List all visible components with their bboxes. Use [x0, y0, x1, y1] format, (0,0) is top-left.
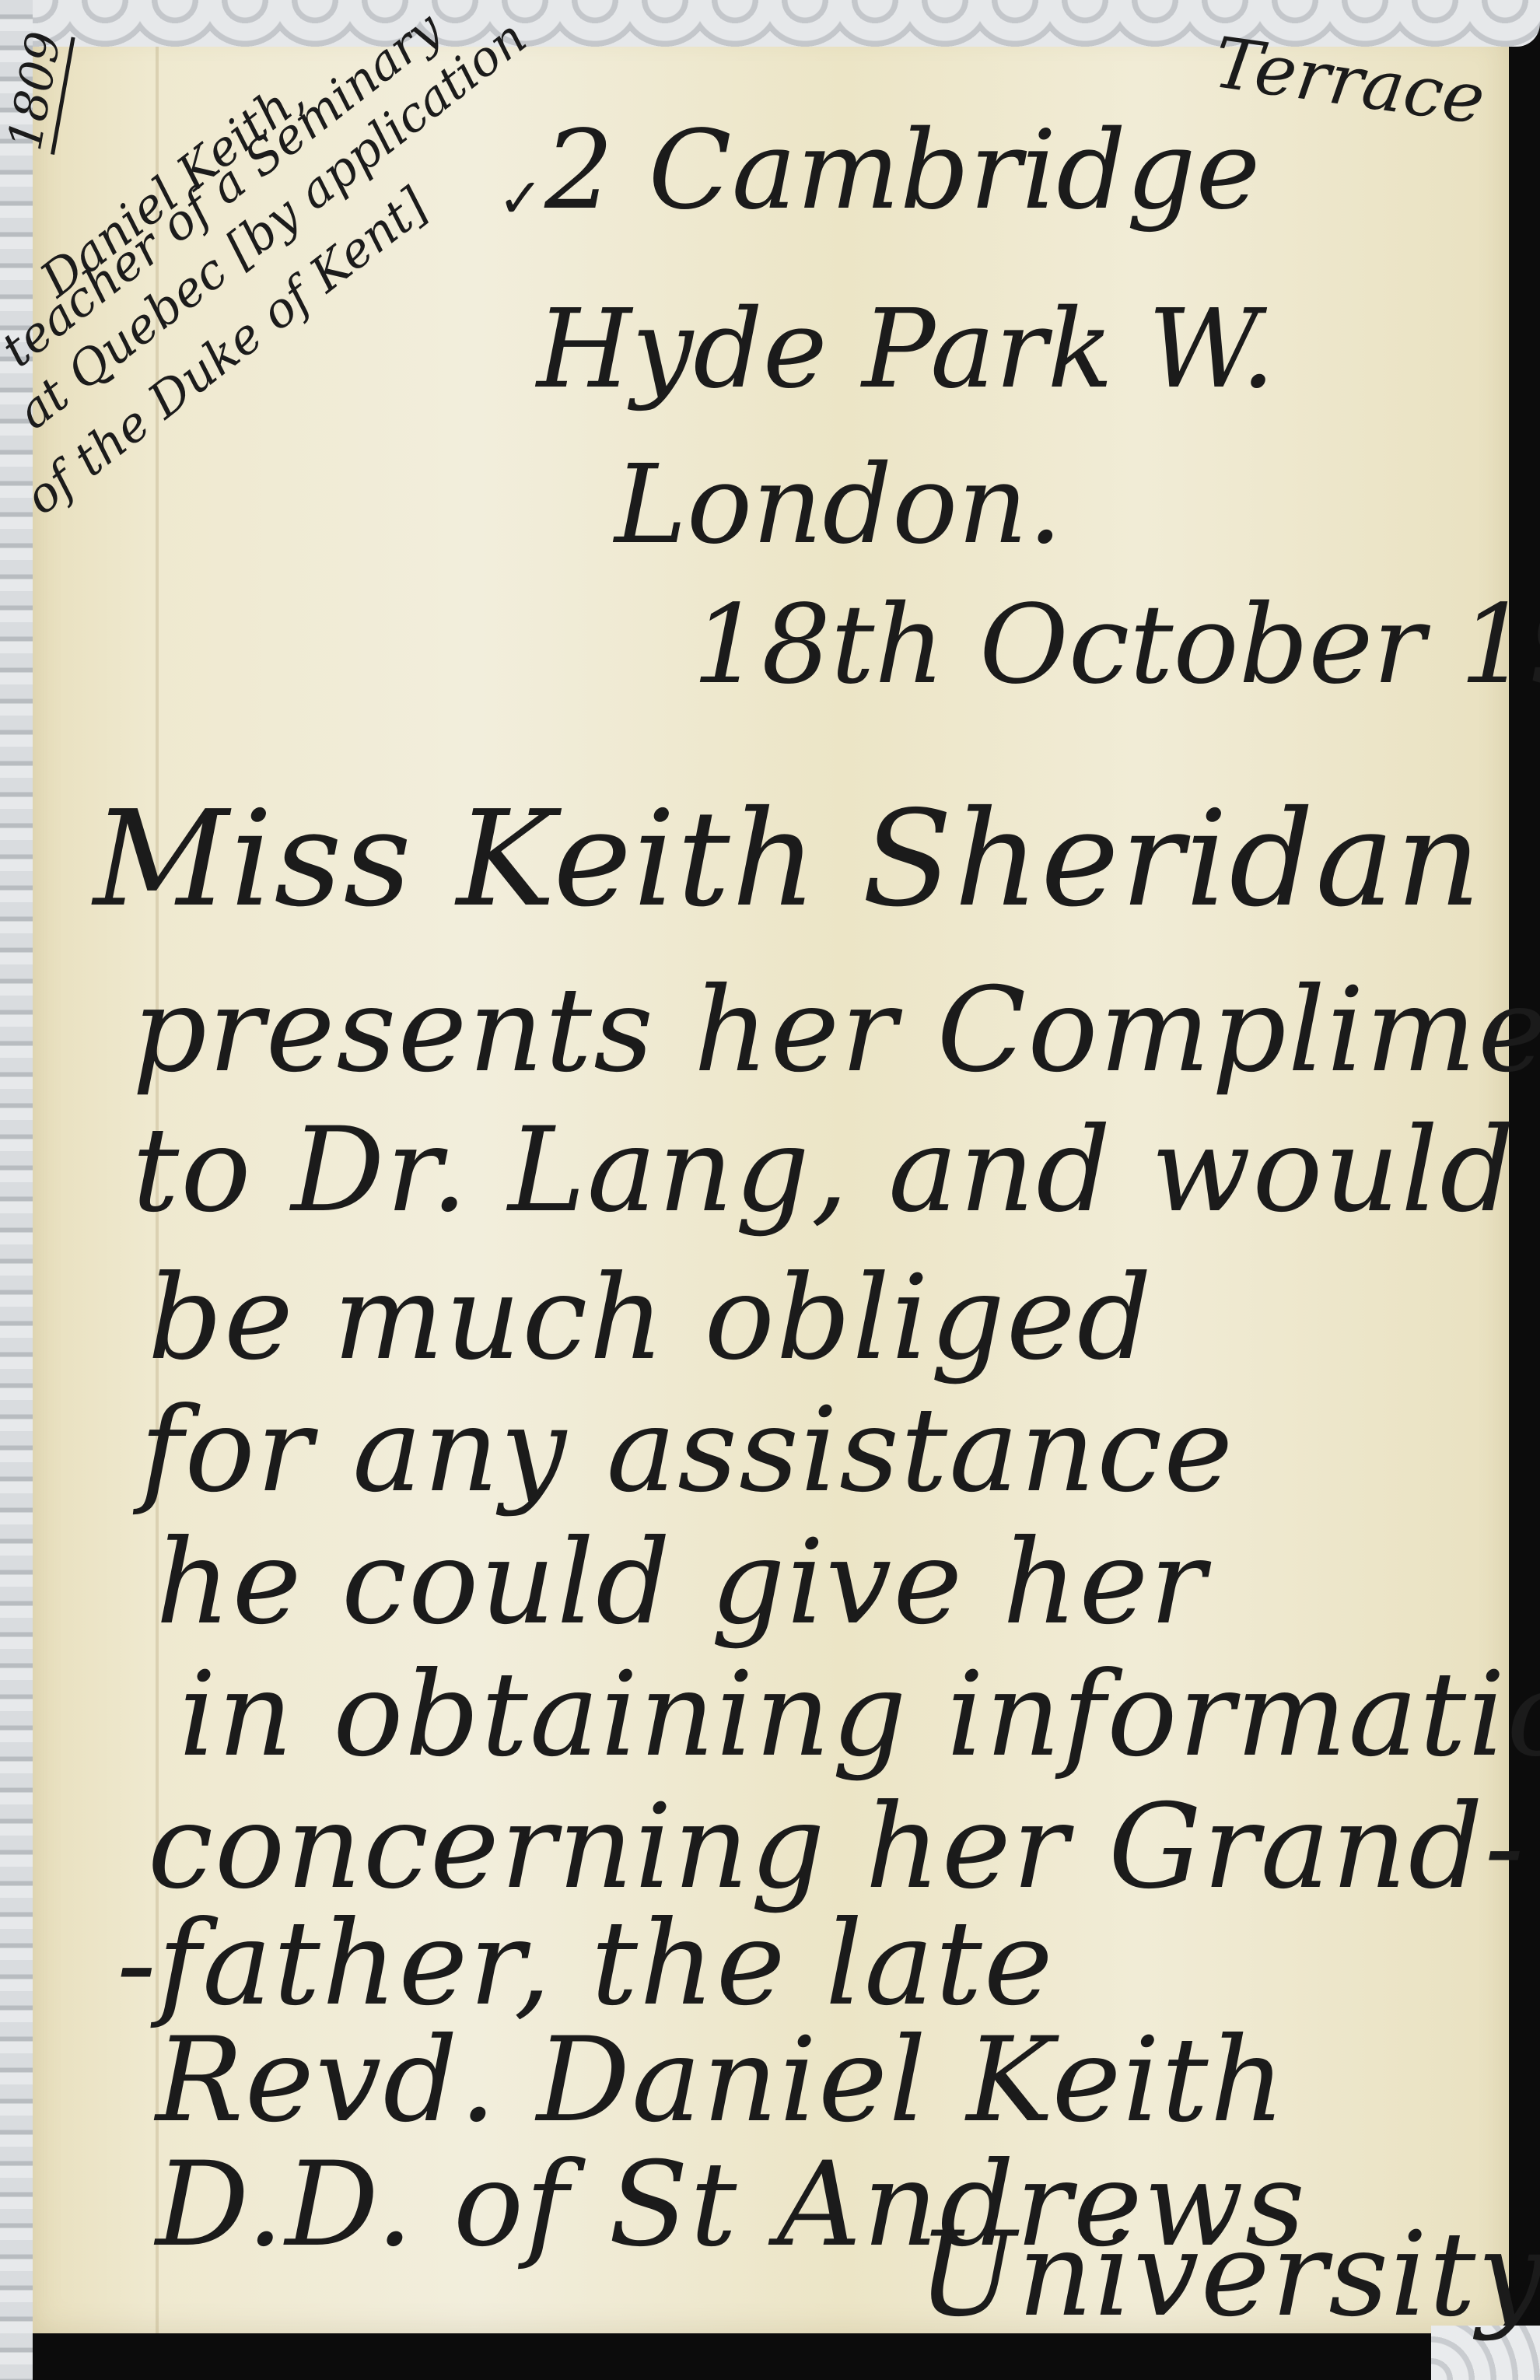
checkmark-icon: ✓ [498, 171, 544, 226]
body-line: -father, the late [117, 1906, 1055, 2022]
body-line: to Dr. Lang, and would [132, 1112, 1516, 1229]
body-line: University [918, 2217, 1540, 2333]
body-line: for any assistance [140, 1392, 1234, 1509]
body-line: Revd. Daniel Keith [156, 2022, 1286, 2139]
body-line: in obtaining information [179, 1657, 1540, 1773]
body-line: presents her Compliments [132, 972, 1540, 1089]
body-line: be much obliged [148, 1260, 1153, 1377]
body-line: concerning her Grand- [148, 1789, 1525, 1906]
address-line-city: London. [614, 451, 1062, 560]
body-line: Miss Keith Sheridan [93, 793, 1482, 926]
letter-date: 18th October 1901 [692, 591, 1540, 700]
address-line-street: 2 Cambridge [544, 117, 1260, 226]
address-line-district: Hyde Park W. [537, 296, 1276, 404]
body-line: he could give her [156, 1524, 1207, 1641]
